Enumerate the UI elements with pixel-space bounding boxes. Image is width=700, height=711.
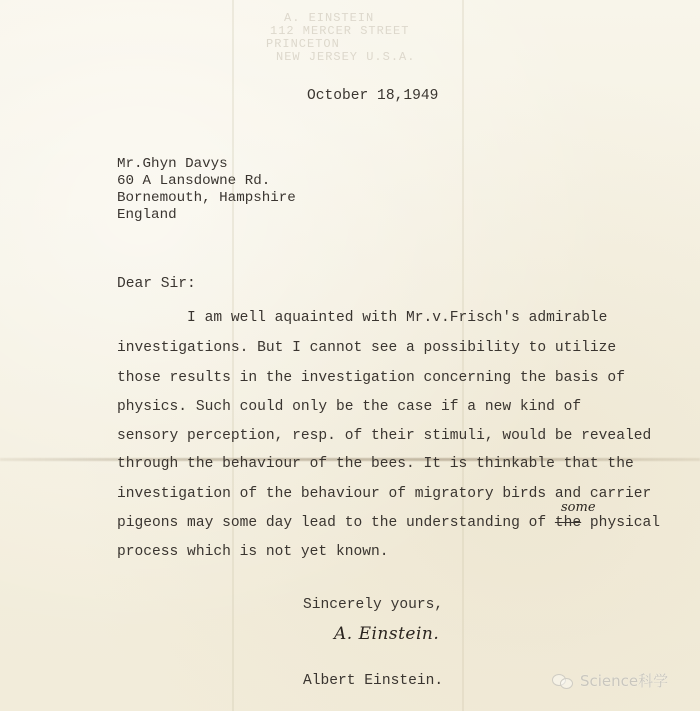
body-line-corrected: pigeons may some day lead to the underst… [117, 515, 660, 531]
salutation: Dear Sir: [117, 276, 196, 292]
body-line: physics. Such could only be the case if … [117, 399, 581, 415]
letterhead-line: NEW JERSEY U.S.A. [270, 51, 415, 64]
struck-word: the [555, 515, 581, 531]
body-line: through the behaviour of the bees. It is… [117, 456, 634, 472]
embossed-letterhead: A. EINSTEIN112 MERCER STREETPRINCETONNEW… [270, 12, 415, 64]
typed-name: Albert Einstein. [303, 673, 443, 689]
closing: Sincerely yours, [303, 597, 443, 613]
handwritten-signature: A. Einstein. [334, 624, 439, 644]
body-line: process which is not yet known. [117, 544, 389, 560]
body-line: those results in the investigation conce… [117, 370, 625, 386]
recipient-country: England [117, 207, 177, 224]
watermark-text: Science科学 [580, 670, 668, 691]
letter-date: October 18,1949 [307, 88, 438, 104]
recipient-name: Mr.Ghyn Davys [117, 156, 228, 173]
body-line: I am well aquainted with Mr.v.Frisch's a… [117, 310, 607, 326]
recipient-street: 60 A Lansdowne Rd. [117, 173, 270, 190]
handwritten-correction: some [561, 500, 596, 515]
body-text: pigeons may some day lead to the underst… [117, 515, 555, 531]
body-line: investigations. But I cannot see a possi… [117, 340, 616, 356]
recipient-city: Bornemouth, Hampshire [117, 190, 296, 207]
wechat-icon [552, 673, 574, 689]
body-line: sensory perception, resp. of their stimu… [117, 428, 651, 444]
body-text: physical [581, 515, 660, 531]
watermark: Science科学 [552, 670, 668, 691]
